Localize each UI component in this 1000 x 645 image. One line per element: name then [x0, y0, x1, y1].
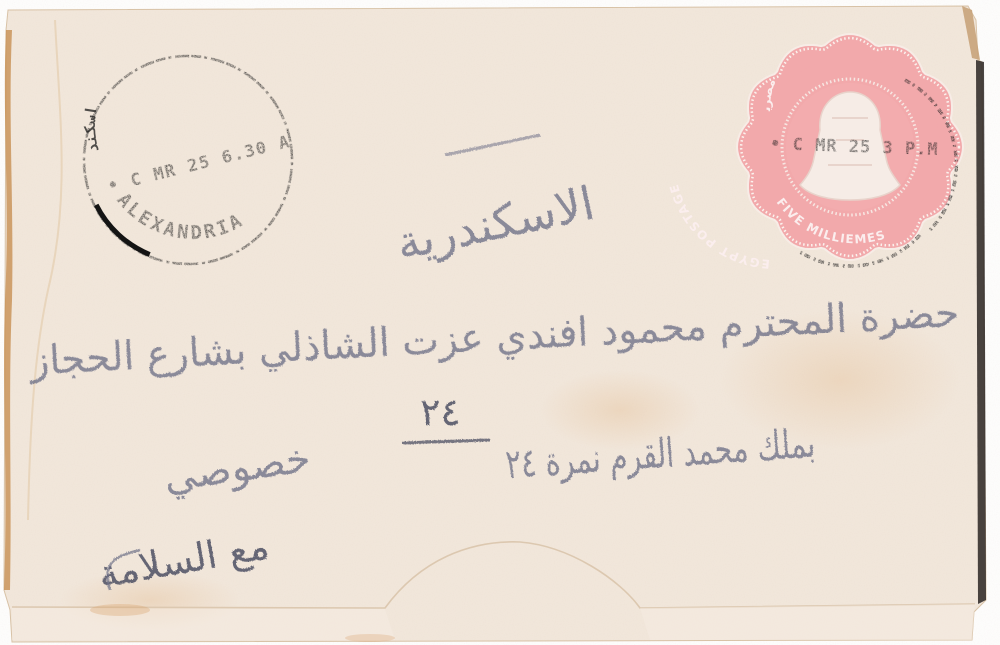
flap-right: [640, 604, 975, 640]
envelope-scan: EGYPT POSTAGE FIVE MILLIEMES مصرية ★ خمس…: [0, 0, 1000, 645]
stain: [345, 634, 395, 642]
stain: [90, 604, 150, 616]
flap-left: [12, 608, 395, 640]
house-number: ٢٤: [420, 390, 461, 434]
